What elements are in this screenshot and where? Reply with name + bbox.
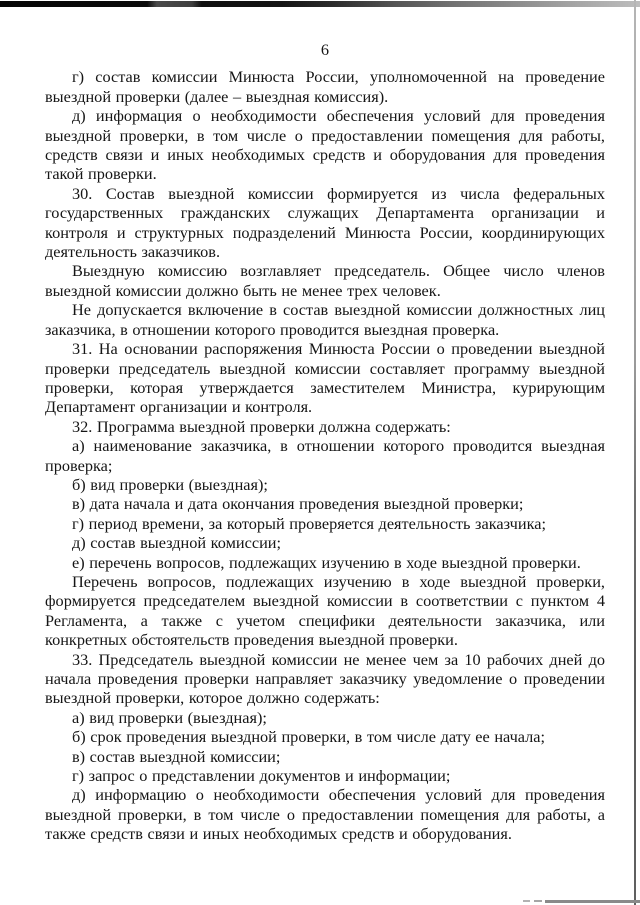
paragraph: д) информацию о необходимости обеспечени… [45,785,605,843]
paragraph: г) запрос о представлении документов и и… [45,766,605,785]
paragraph: е) перечень вопросов, подлежащих изучени… [45,553,605,572]
paragraph: б) срок проведения выездной проверки, в … [45,727,605,746]
paragraph-list: г) состав комиссии Минюста России, уполн… [45,67,605,843]
paragraph: д) информация о необходимости обеспечени… [45,106,605,184]
scan-artifact-right-line [634,0,636,905]
paragraph: б) вид проверки (выездная); [45,475,605,494]
paragraph: Не допускается включение в состав выездн… [45,300,605,339]
paragraph: 33. Председатель выездной комиссии не ме… [45,650,605,708]
paragraph: в) дата начала и дата окончания проведен… [45,494,605,513]
paragraph: а) вид проверки (выездная); [45,708,605,727]
paragraph: а) наименование заказчика, в отношении к… [45,436,605,475]
paragraph: Выездную комиссию возглавляет председате… [45,261,605,300]
paragraph: Перечень вопросов, подлежащих изучению в… [45,572,605,650]
paragraph: 31. На основании распоряжения Минюста Ро… [45,339,605,417]
scan-artifact-bottom-line [545,900,640,903]
paragraph: в) состав выездной комиссии; [45,747,605,766]
paragraph: г) период времени, за который проверяетс… [45,514,605,533]
document-body: 6 г) состав комиссии Минюста России, упо… [45,40,605,844]
page-number: 6 [45,40,605,59]
scan-artifact-top-edge [0,1,640,7]
scan-artifact-bottom-dash [534,900,542,902]
document-page: 6 г) состав комиссии Минюста России, упо… [0,0,640,905]
scan-artifact-bottom-dash [523,900,530,902]
paragraph: 32. Программа выездной проверки должна с… [45,417,605,436]
paragraph: г) состав комиссии Минюста России, уполн… [45,67,605,106]
paragraph: д) состав выездной комиссии; [45,533,605,552]
paragraph: 30. Состав выездной комиссии формируется… [45,184,605,262]
